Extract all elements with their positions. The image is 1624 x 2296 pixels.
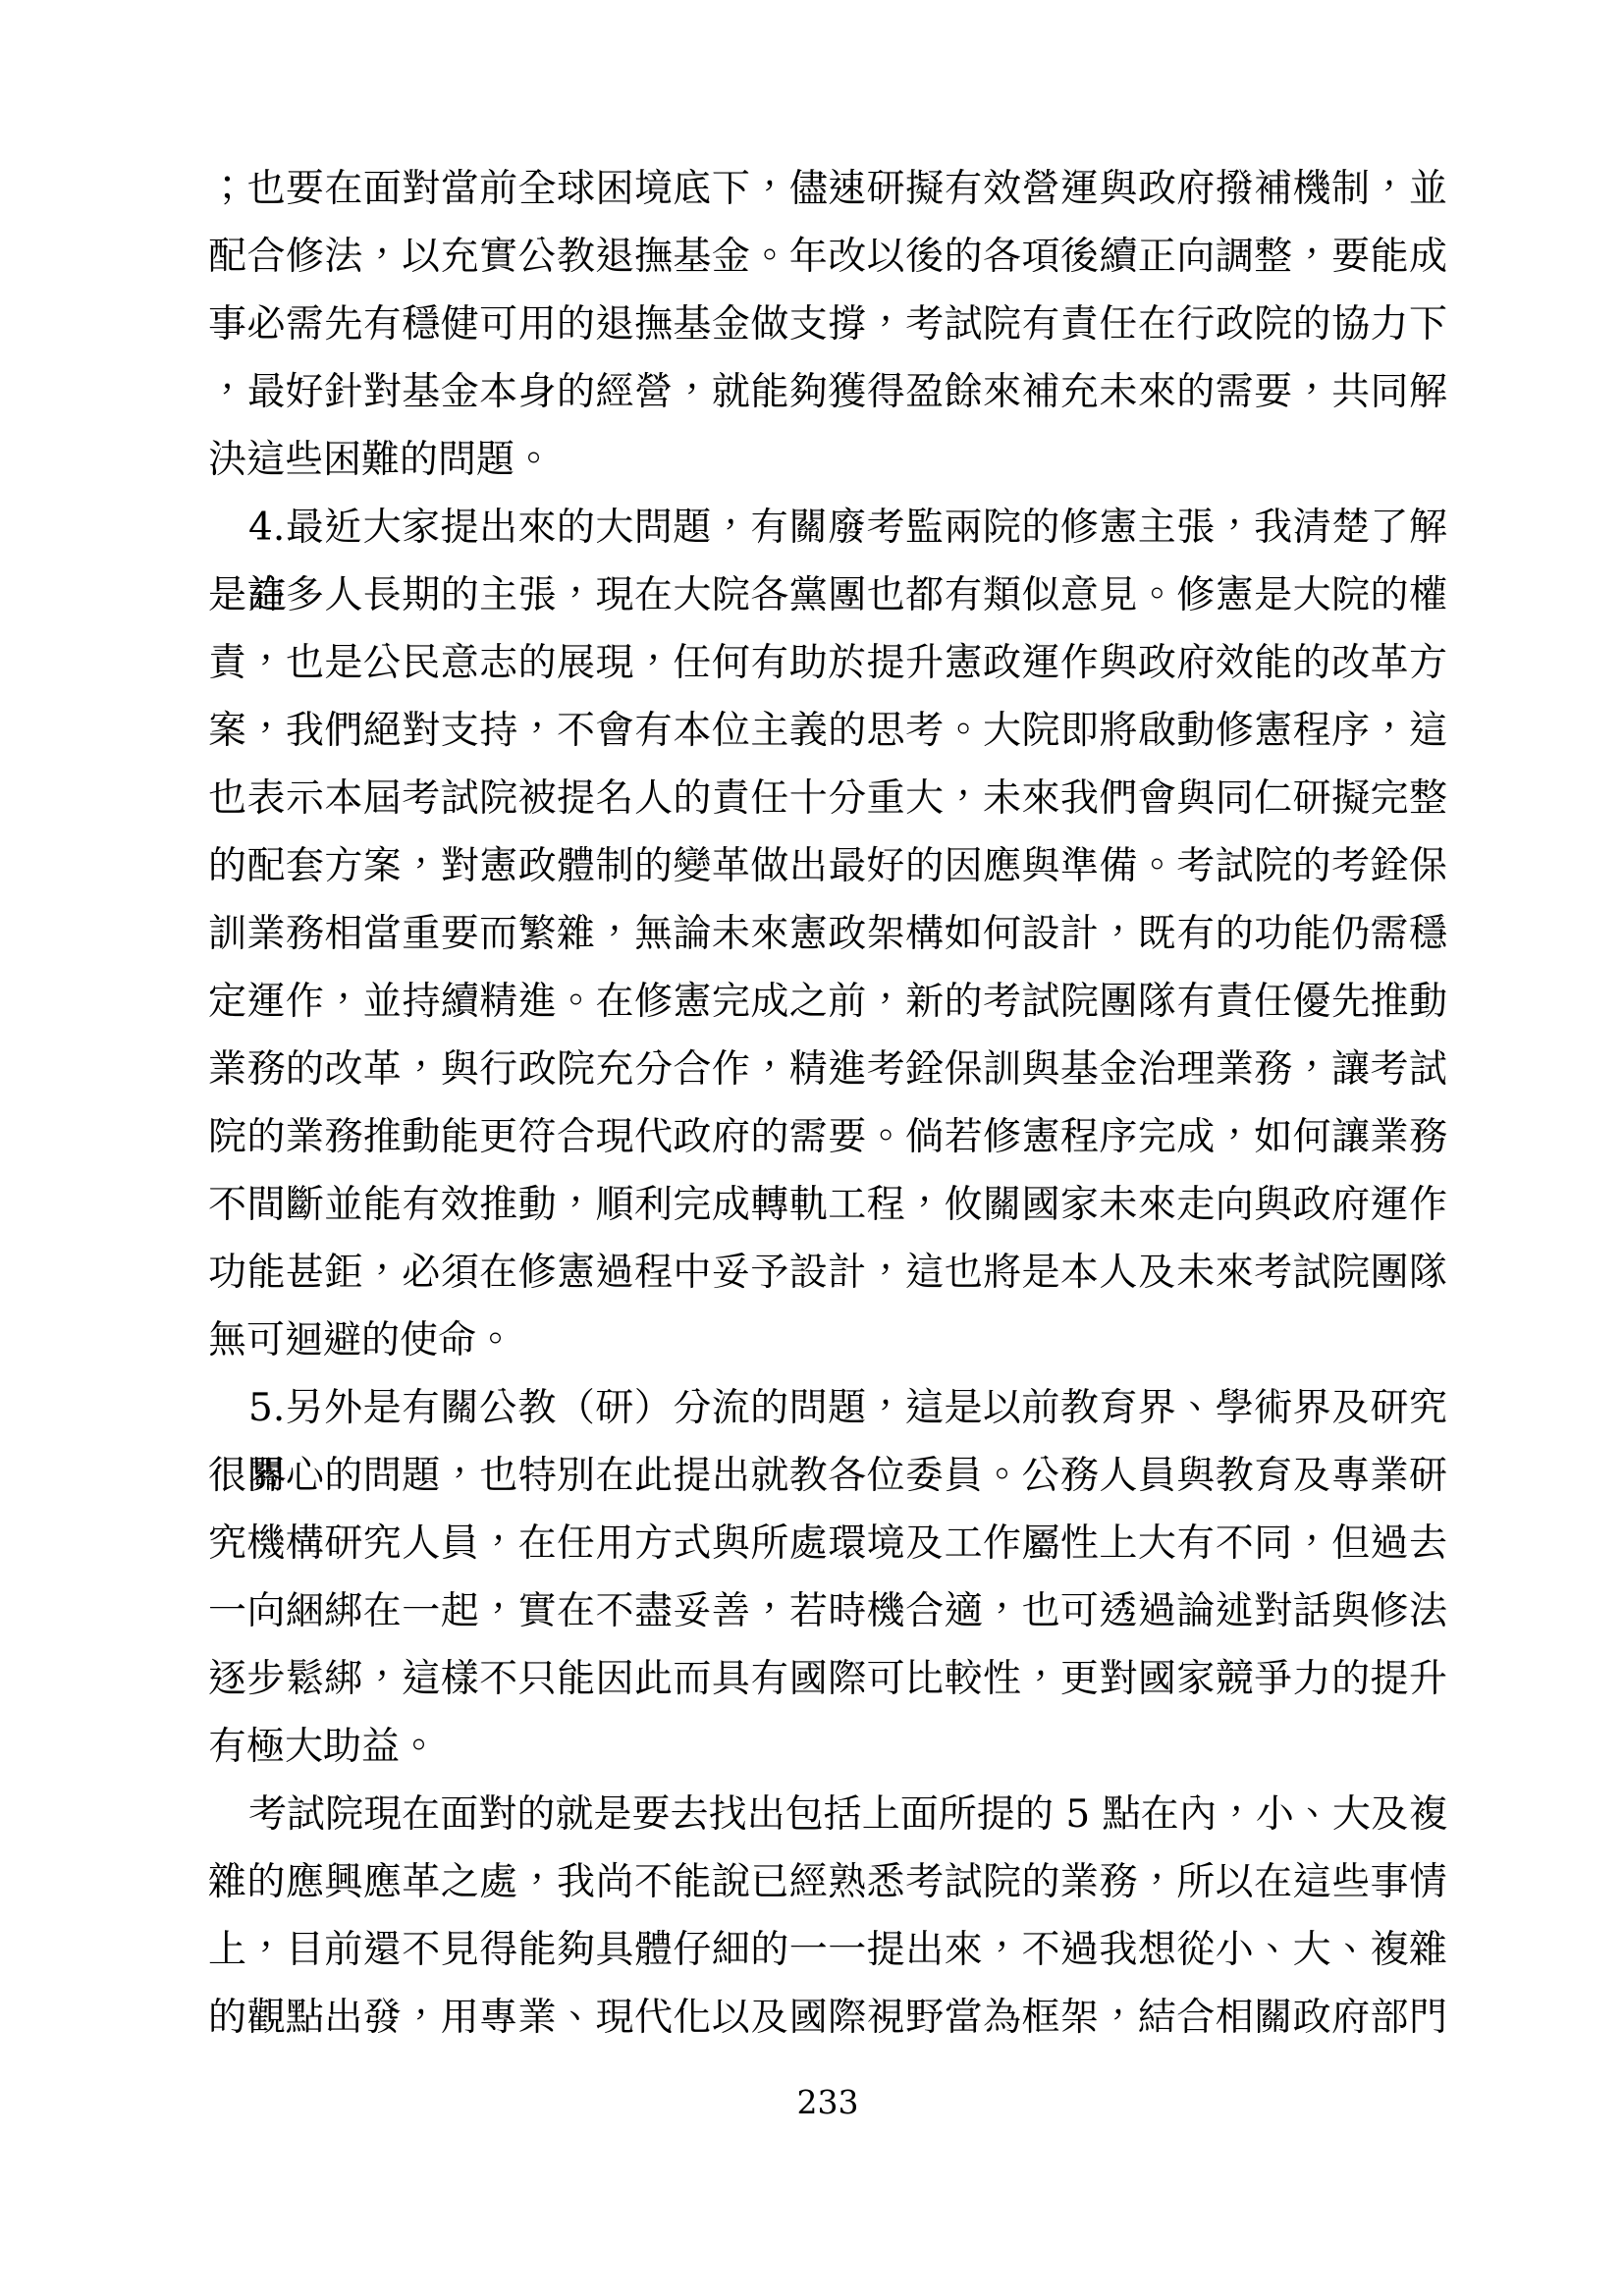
text-line: 院的業務推動能更符合現代政府的需要。倘若修憲程序完成，如何讓業務 xyxy=(208,1103,1447,1171)
text-line: 的觀點出發，用專業、現代化以及國際視野當為框架，結合相關政府部門 xyxy=(208,1984,1447,2052)
text-line: 訓業務相當重要而繁雜，無論未來憲政架構如何設計，既有的功能仍需穩 xyxy=(208,900,1447,968)
document-body: ；也要在面對當前全球困境底下，儘速研擬有效營運與政府撥補機制，並 配合修法，以充… xyxy=(208,155,1447,2052)
text-line: 4.最近大家提出來的大問題，有關廢考監兩院的修憲主張，我清楚了解這 xyxy=(208,494,1447,561)
text-line: 上，目前還不見得能夠具體仔細的一一提出來，不過我想從小、大、複雜 xyxy=(208,1916,1447,1984)
text-line: 決這些困難的問題。 xyxy=(208,426,1447,494)
text-line: 業務的改革，與行政院充分合作，精進考銓保訓與基金治理業務，讓考試 xyxy=(208,1036,1447,1103)
text-line: 定運作，並持續精進。在修憲完成之前，新的考試院團隊有責任優先推動 xyxy=(208,968,1447,1036)
text-line: 案，我們絕對支持，不會有本位主義的思考。大院即將啟動修憲程序，這 xyxy=(208,697,1447,765)
text-line: 無可迴避的使命。 xyxy=(208,1307,1447,1374)
text-line: 有極大助益。 xyxy=(208,1713,1447,1781)
text-line: 一向綑綁在一起，實在不盡妥善，若時機合適，也可透過論述對話與修法 xyxy=(208,1577,1447,1645)
document-page: ；也要在面對當前全球困境底下，儘速研擬有效營運與政府撥補機制，並 配合修法，以充… xyxy=(0,0,1624,2296)
text-line: ，最好針對基金本身的經營，就能夠獲得盈餘來補充未來的需要，共同解 xyxy=(208,358,1447,426)
text-line: 雜的應興應革之處，我尚不能說已經熟悉考試院的業務，所以在這些事情 xyxy=(208,1848,1447,1916)
text-line: 逐步鬆綁，這樣不只能因此而具有國際可比較性，更對國家競爭力的提升 xyxy=(208,1645,1447,1713)
text-line: 很關心的問題，也特別在此提出就教各位委員。公務人員與教育及專業研 xyxy=(208,1442,1447,1510)
text-line: 功能甚鉅，必須在修憲過程中妥予設計，這也將是本人及未來考試院團隊 xyxy=(208,1239,1447,1307)
text-line: ；也要在面對當前全球困境底下，儘速研擬有效營運與政府撥補機制，並 xyxy=(208,155,1447,223)
text-line: 5.另外是有關公教（研）分流的問題，這是以前教育界、學術界及研究界 xyxy=(208,1374,1447,1442)
text-line: 不間斷並能有效推動，順利完成轉軌工程，攸關國家未來走向與政府運作 xyxy=(208,1171,1447,1239)
text-line: 配合修法，以充實公教退撫基金。年改以後的各項後續正向調整，要能成 xyxy=(208,223,1447,291)
text-line: 是許多人長期的主張，現在大院各黨團也都有類似意見。修憲是大院的權 xyxy=(208,561,1447,629)
text-line: 的配套方案，對憲政體制的變革做出最好的因應與準備。考試院的考銓保 xyxy=(208,832,1447,900)
text-line: 考試院現在面對的就是要去找出包括上面所提的 5 點在內，小、大及複 xyxy=(208,1781,1447,1848)
text-line: 究機構研究人員，在任用方式與所處環境及工作屬性上大有不同，但過去 xyxy=(208,1510,1447,1577)
page-number: 233 xyxy=(208,2079,1447,2126)
text-line: 事必需先有穩健可用的退撫基金做支撐，考試院有責任在行政院的協力下 xyxy=(208,291,1447,358)
text-line: 也表示本屆考試院被提名人的責任十分重大，未來我們會與同仁研擬完整 xyxy=(208,765,1447,832)
text-line: 責，也是公民意志的展現，任何有助於提升憲政運作與政府效能的改革方 xyxy=(208,629,1447,697)
